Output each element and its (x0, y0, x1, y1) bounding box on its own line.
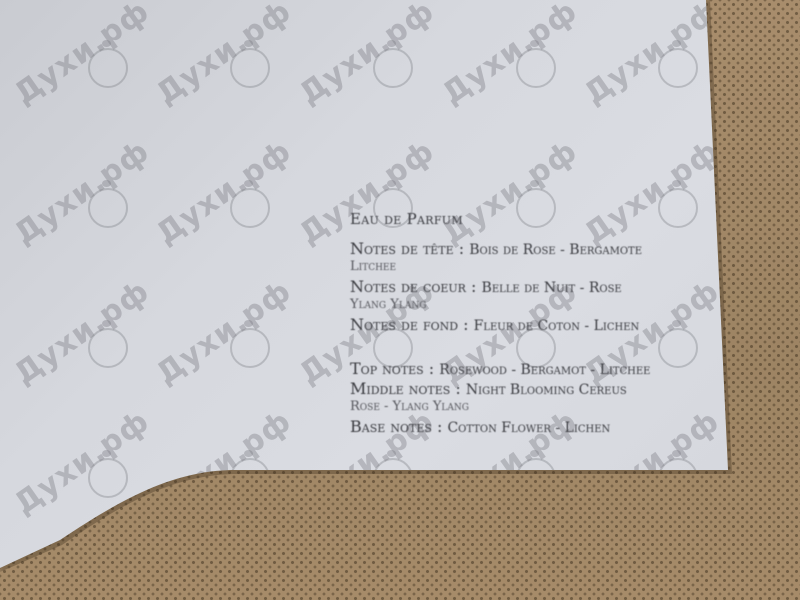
watermark-text: Духи.рф (436, 0, 584, 112)
watermark-logo: Духи.рф (10, 180, 140, 270)
english-base-notes: Base notes : Cotton Flower - Lichen (350, 419, 700, 435)
watermark-logo: Духи.рф (10, 40, 140, 130)
english-middle-notes-continued: Rose - Ylang Ylang (350, 400, 700, 413)
gem-icon (102, 40, 111, 47)
gem-icon (530, 180, 539, 187)
watermark-logo: Духи.рф (152, 180, 282, 270)
ring-logo-icon (88, 328, 128, 368)
french-heart-notes: Notes de coeur : Belle de Nuit - Rose (350, 279, 700, 295)
watermark-logo: Духи.рф (152, 40, 282, 130)
ring-logo-icon (230, 48, 270, 88)
watermark-text: Духи.рф (150, 134, 298, 252)
gem-icon (672, 450, 681, 457)
gem-icon (387, 180, 396, 187)
french-top-notes-continued: Litchee (350, 260, 700, 273)
notes-text-block: Eau de Parfum Notes de tête : Bois de Ro… (350, 212, 700, 435)
gem-icon (102, 450, 111, 457)
watermark-logo: Духи.рф (295, 40, 425, 130)
ring-logo-icon (373, 48, 413, 88)
gem-icon (244, 320, 253, 327)
watermark-logo: Духи.рф (10, 320, 140, 410)
ring-logo-icon (230, 328, 270, 368)
gem-icon (387, 40, 396, 47)
french-top-notes: Notes de tête : Bois de Rose - Bergamote (350, 241, 700, 257)
gem-icon (244, 40, 253, 47)
product-type-heading: Eau de Parfum (350, 212, 700, 227)
watermark-text: Духи.рф (293, 0, 441, 112)
gem-icon (102, 180, 111, 187)
english-middle-notes: Middle notes : Night Blooming Cereus (350, 381, 700, 397)
watermark-logo: Духи.рф (438, 40, 568, 130)
ring-logo-icon (658, 48, 698, 88)
english-notes: Top notes : Rosewood - Bergamot - Litche… (350, 361, 700, 435)
gem-icon (530, 450, 539, 457)
gem-icon (672, 180, 681, 187)
watermark-text: Духи.рф (578, 0, 726, 112)
watermark-text: Духи.рф (150, 274, 298, 392)
gem-icon (244, 180, 253, 187)
gem-icon (387, 450, 396, 457)
ring-logo-icon (88, 458, 128, 498)
gem-icon (244, 450, 253, 457)
watermark-text: Духи.рф (8, 274, 156, 392)
english-top-notes: Top notes : Rosewood - Bergamot - Litche… (350, 361, 700, 377)
ring-logo-icon (516, 48, 556, 88)
watermark-text: Духи.рф (150, 0, 298, 112)
french-notes: Notes de tête : Bois de Rose - Bergamote… (350, 241, 700, 333)
watermark-text: Духи.рф (8, 0, 156, 112)
watermark-logo: Духи.рф (580, 40, 710, 130)
french-heart-notes-continued: Ylang Ylang (350, 298, 700, 311)
ring-logo-icon (230, 188, 270, 228)
gem-icon (530, 40, 539, 47)
gem-icon (672, 40, 681, 47)
watermark-text: Духи.рф (8, 134, 156, 252)
ring-logo-icon (88, 48, 128, 88)
watermark-logo: Духи.рф (152, 320, 282, 410)
gem-icon (102, 320, 111, 327)
ring-logo-icon (88, 188, 128, 228)
french-base-notes: Notes de fond : Fleur de Coton - Lichen (350, 317, 700, 333)
